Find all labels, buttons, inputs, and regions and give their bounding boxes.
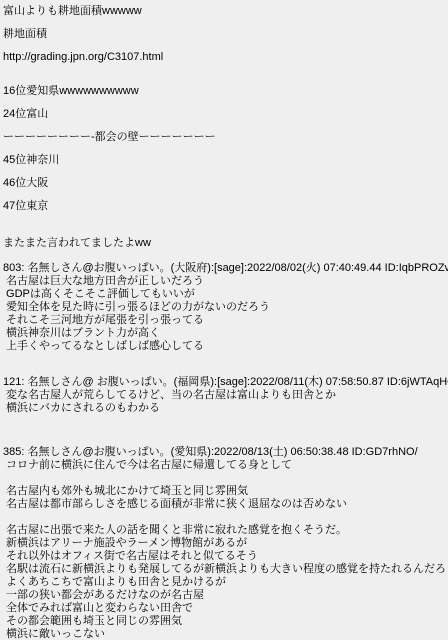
divider-line-tokai-wall: ーーーーーーーー-都会の壁ーーーーーーー <box>3 131 445 144</box>
post-line: 名古屋内も郊外も城北にかけて埼玉と同じ雰囲気 <box>3 485 445 498</box>
post-line: 名駅は流石に新横浜よりも発展してるが新横浜よりも大きい程度の感覚を持たれるんだろ… <box>3 563 445 576</box>
blank-line <box>3 511 445 524</box>
post-line: それこそ三河地方が尾張を引っ張ってる <box>3 314 445 327</box>
post-line: 名古屋は巨大な地方田舎が正しいだろう <box>3 275 445 288</box>
ranking-line-toyama: 24位富山 <box>3 108 445 121</box>
thread-content: 富山よりも耕地面積wwwww 耕地面積 http://grading.jpn.o… <box>0 0 448 640</box>
quoted-post-803: 803: 名無しさん@お腹いっぱい。(大阪府):[sage]:2022/08/0… <box>3 262 445 353</box>
post-line: 名古屋に出張で来た人の話を聞くと非常に寂れた感覚を抱くそうだ。 <box>3 524 445 537</box>
ranking-line-kanagawa: 45位神奈川 <box>3 154 445 167</box>
post-line: 新横浜はアリーナ施設やラーメン博物館があるが <box>3 537 445 550</box>
post-header: 121: 名無しさん@ お腹いっぱい。(福岡県):[sage]:2022/08/… <box>3 376 445 389</box>
original-post: 富山よりも耕地面積wwwww 耕地面積 http://grading.jpn.o… <box>3 5 445 213</box>
post-line: 横浜に敵いっこない <box>3 628 445 640</box>
post-line: 上手くやってるなとしばしば感心してる <box>3 340 445 353</box>
post-header: 385: 名無しさん@お腹いっぱい。(愛知県):2022/08/13(土) 06… <box>3 446 445 459</box>
ranking-line-osaka: 46位大阪 <box>3 177 445 190</box>
ranking-line-tokyo: 47位東京 <box>3 200 445 213</box>
quoted-post-121: 121: 名無しさん@ お腹いっぱい。(福岡県):[sage]:2022/08/… <box>3 376 445 415</box>
blank-line <box>3 472 445 485</box>
post-header: 803: 名無しさん@お腹いっぱい。(大阪府):[sage]:2022/08/0… <box>3 262 445 275</box>
op-line: 耕地面積 <box>3 28 445 41</box>
commenter-remark: またまた言われてましたよww <box>3 237 445 250</box>
post-line: よくあちこちで富山よりも田舎と見かけるが <box>3 576 445 589</box>
url-text: http://grading.jpn.org/C3107.html <box>3 51 445 64</box>
post-line: 名古屋は都市部らしさを感じる面積が非常に狭く退屈なのは否めない <box>3 498 445 511</box>
post-line: 愛知全体を見た時に引っ張るほどの力がないのだろう <box>3 301 445 314</box>
post-line: 変な名古屋人が荒らしてるけど、当の名古屋は富山よりも田舎とか <box>3 389 445 402</box>
post-line: GDPは高くそこそこ評価してもいいが <box>3 288 445 301</box>
op-title-line: 富山よりも耕地面積wwwww <box>3 5 445 18</box>
post-line: 横浜にバカにされるのもわかる <box>3 402 445 415</box>
post-line: 全体でみれば富山と変わらない田舎で <box>3 602 445 615</box>
quoted-post-385: 385: 名無しさん@お腹いっぱい。(愛知県):2022/08/13(土) 06… <box>3 446 445 640</box>
post-line: 一部の狭い都会があるだけなのが名古屋 <box>3 589 445 602</box>
forum-thread-page: { "colors": { "background": "#efefef", "… <box>0 0 448 640</box>
post-line: コロナ前に横浜に住んで今は名古屋に帰還してる身として <box>3 459 445 472</box>
post-line: その都会範囲も埼玉と同じの雰囲気 <box>3 615 445 628</box>
post-line: それ以外はオフィス街で名古屋はそれと似てるそう <box>3 550 445 563</box>
ranking-line-aichi: 16位愛知県wwwwwwwwww <box>3 85 445 98</box>
post-line: 横浜神奈川はブラント力が高く <box>3 327 445 340</box>
